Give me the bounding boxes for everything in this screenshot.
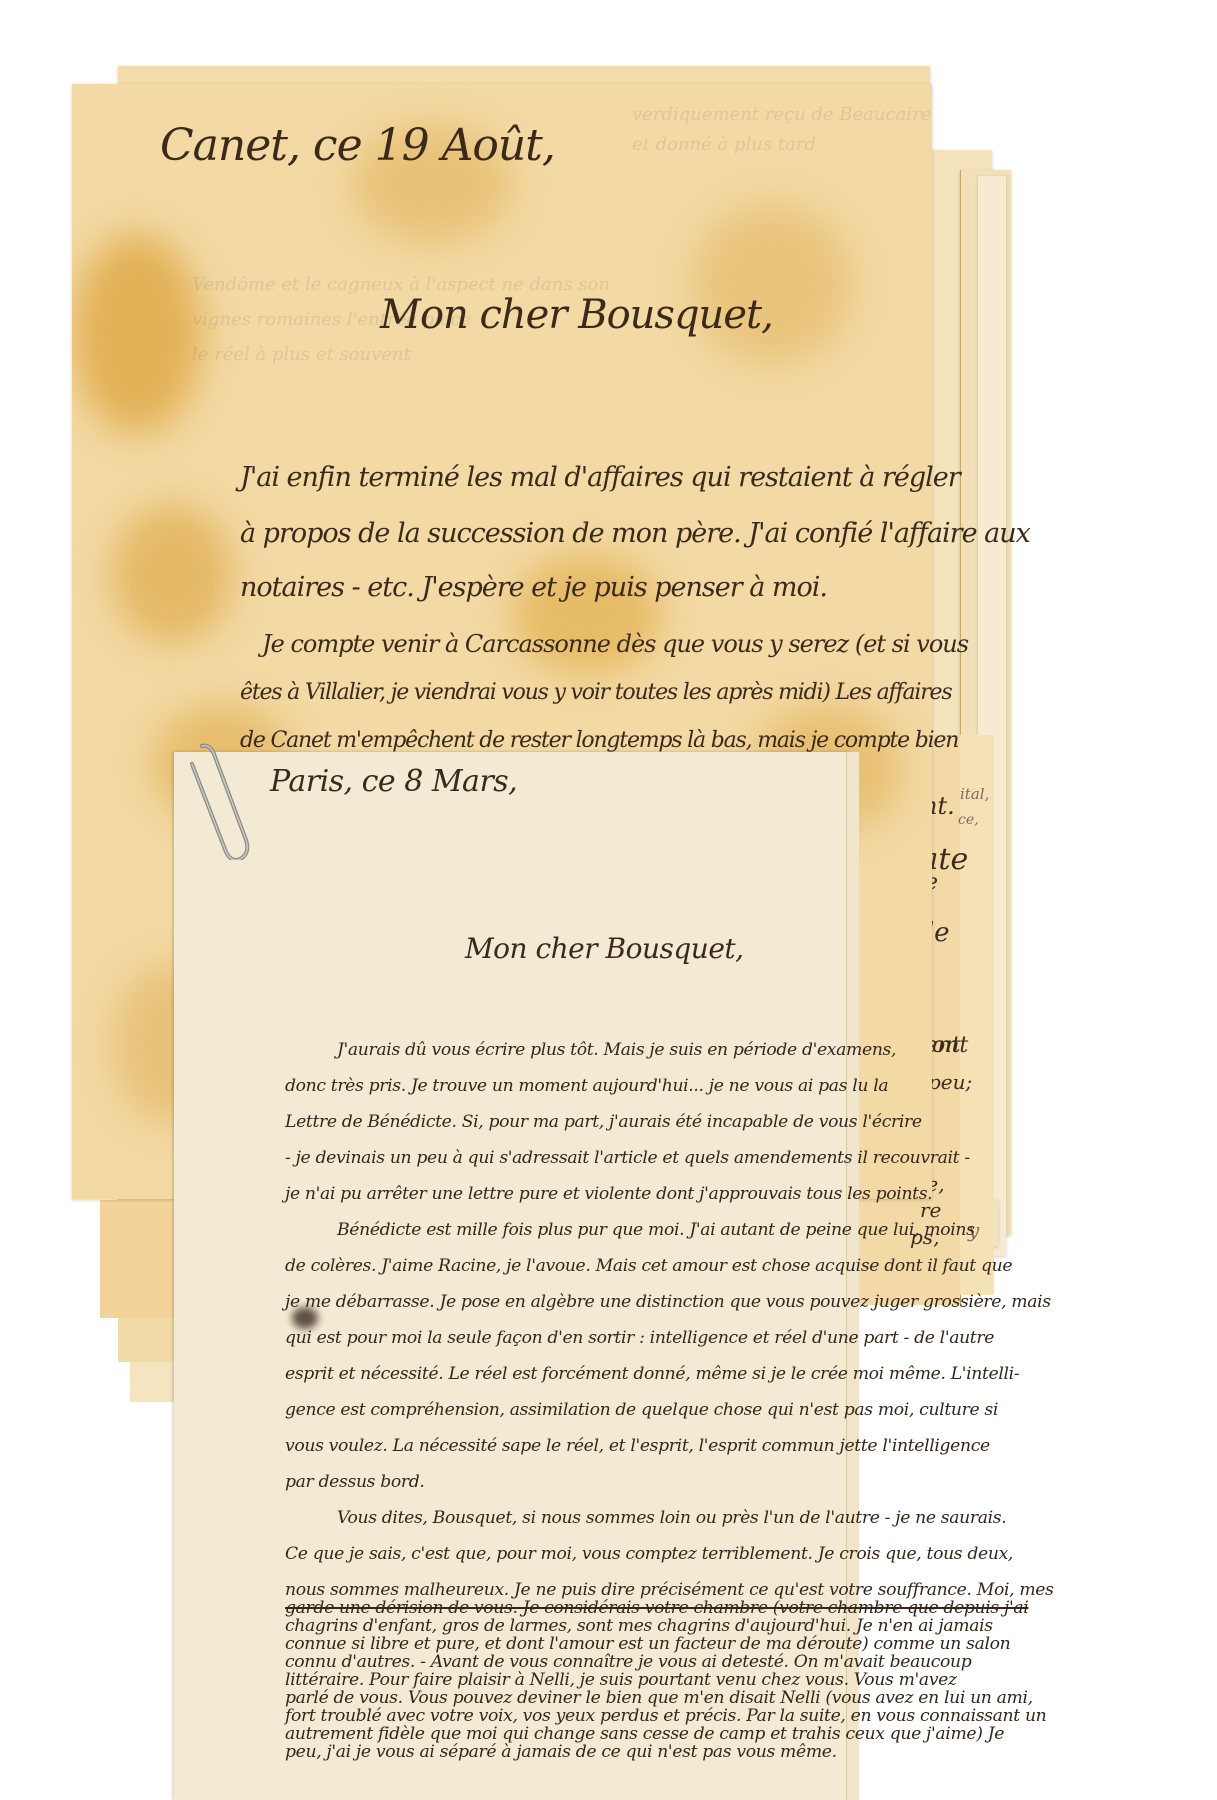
letter1-line: êtes à Villalier, je viendrai vous y voi… <box>240 680 951 705</box>
letter2-line: je me débarrasse. Je pose en algèbre une… <box>285 1292 1051 1312</box>
foxing-stain <box>72 234 202 434</box>
fragment-text: ce, <box>958 812 979 828</box>
letter2-line: Ce que je sais, c'est que, pour moi, vou… <box>285 1544 1013 1564</box>
letter2-line: chagrins d'enfant, gros de larmes, sont … <box>285 1616 993 1636</box>
bleed-through: verdiquement reçu de Beaucaire <box>632 104 931 125</box>
letter2-place-date: Paris, ce 8 Mars, <box>270 764 517 799</box>
letter2-line: littéraire. Pour faire plaisir à Nelli, … <box>285 1670 957 1690</box>
fragment-text: ital, <box>960 785 989 803</box>
letter1-line: notaires - etc. J'espère et je puis pens… <box>240 572 827 603</box>
letter2-line: vous voulez. La nécessité sape le réel, … <box>285 1436 990 1456</box>
bleed-through: le réel à plus et souvent <box>192 344 411 365</box>
letter2-salutation: Mon cher Bousquet, <box>465 932 744 965</box>
letter1-salutation: Mon cher Bousquet, <box>380 292 773 338</box>
foxing-stain <box>112 504 232 644</box>
letter2-line: donc très pris. Je trouve un moment aujo… <box>285 1076 888 1096</box>
letter2-line: connu d'autres. - Avant de vous connaîtr… <box>285 1652 971 1672</box>
stack-edge-left <box>100 1200 175 1318</box>
letter2-line: connue si libre et pure, et dont l'amour… <box>285 1634 1010 1654</box>
letter2-line: Bénédicte est mille fois plus pur que mo… <box>337 1220 975 1240</box>
letter2-body: J'aurais dû vous écrire plus tôt. Mais j… <box>285 1040 955 1780</box>
letter2-line: nous sommes malheureux. Je ne puis dire … <box>285 1580 1054 1600</box>
stack-edge-left-3 <box>130 1362 175 1402</box>
letter2-line: par dessus bord. <box>285 1472 425 1492</box>
letter2-line: Vous dites, Bousquet, si nous sommes loi… <box>337 1508 1006 1528</box>
bleed-through: et donné à plus tard <box>632 134 816 155</box>
letter2-body-cont <box>285 1760 955 1800</box>
letter1-line: Je compte venir à Carcassonne dès que vo… <box>262 630 968 658</box>
letter2-line: qui est pour moi la seule façon d'en sor… <box>285 1328 994 1348</box>
stack-edge-left-2 <box>118 1318 175 1362</box>
letter2-line: fort troublé avec votre voix, vos yeux p… <box>285 1706 1046 1726</box>
paperclip-icon <box>180 740 260 860</box>
letter2-line-crossed: garde une dérision de vous. Je considéra… <box>285 1598 1028 1618</box>
letter1-place-date: Canet, ce 19 Août, <box>160 120 555 171</box>
letter2-line: de colères. J'aime Racine, je l'avoue. M… <box>285 1256 1012 1276</box>
foxing-stain <box>692 204 852 364</box>
letter2-line: J'aurais dû vous écrire plus tôt. Mais j… <box>337 1040 896 1060</box>
letter2-line: - je devinais un peu à qui s'adressait l… <box>285 1148 970 1168</box>
letter2-line: esprit et nécessité. Le réel est forcéme… <box>285 1364 1019 1384</box>
letter2-line: parlé de vous. Vous pouvez deviner le bi… <box>285 1688 1033 1708</box>
letter2-line: je n'ai pu arrêter une lettre pure et vi… <box>285 1184 932 1204</box>
letter2-line: Lettre de Bénédicte. Si, pour ma part, j… <box>285 1112 922 1132</box>
letter2-line: autrement fidèle que moi qui change sans… <box>285 1724 1004 1744</box>
letter1-line: J'ai enfin terminé les mal d'affaires qu… <box>240 462 960 493</box>
letter1-line: de Canet m'empêchent de rester longtemps… <box>240 728 958 753</box>
letter2-line: peu, j'ai je vous ai séparé à jamais de … <box>285 1742 837 1762</box>
letter2-line: gence est compréhension, assimilation de… <box>285 1400 998 1420</box>
letter1-line: à propos de la succession de mon père. J… <box>240 518 1030 549</box>
